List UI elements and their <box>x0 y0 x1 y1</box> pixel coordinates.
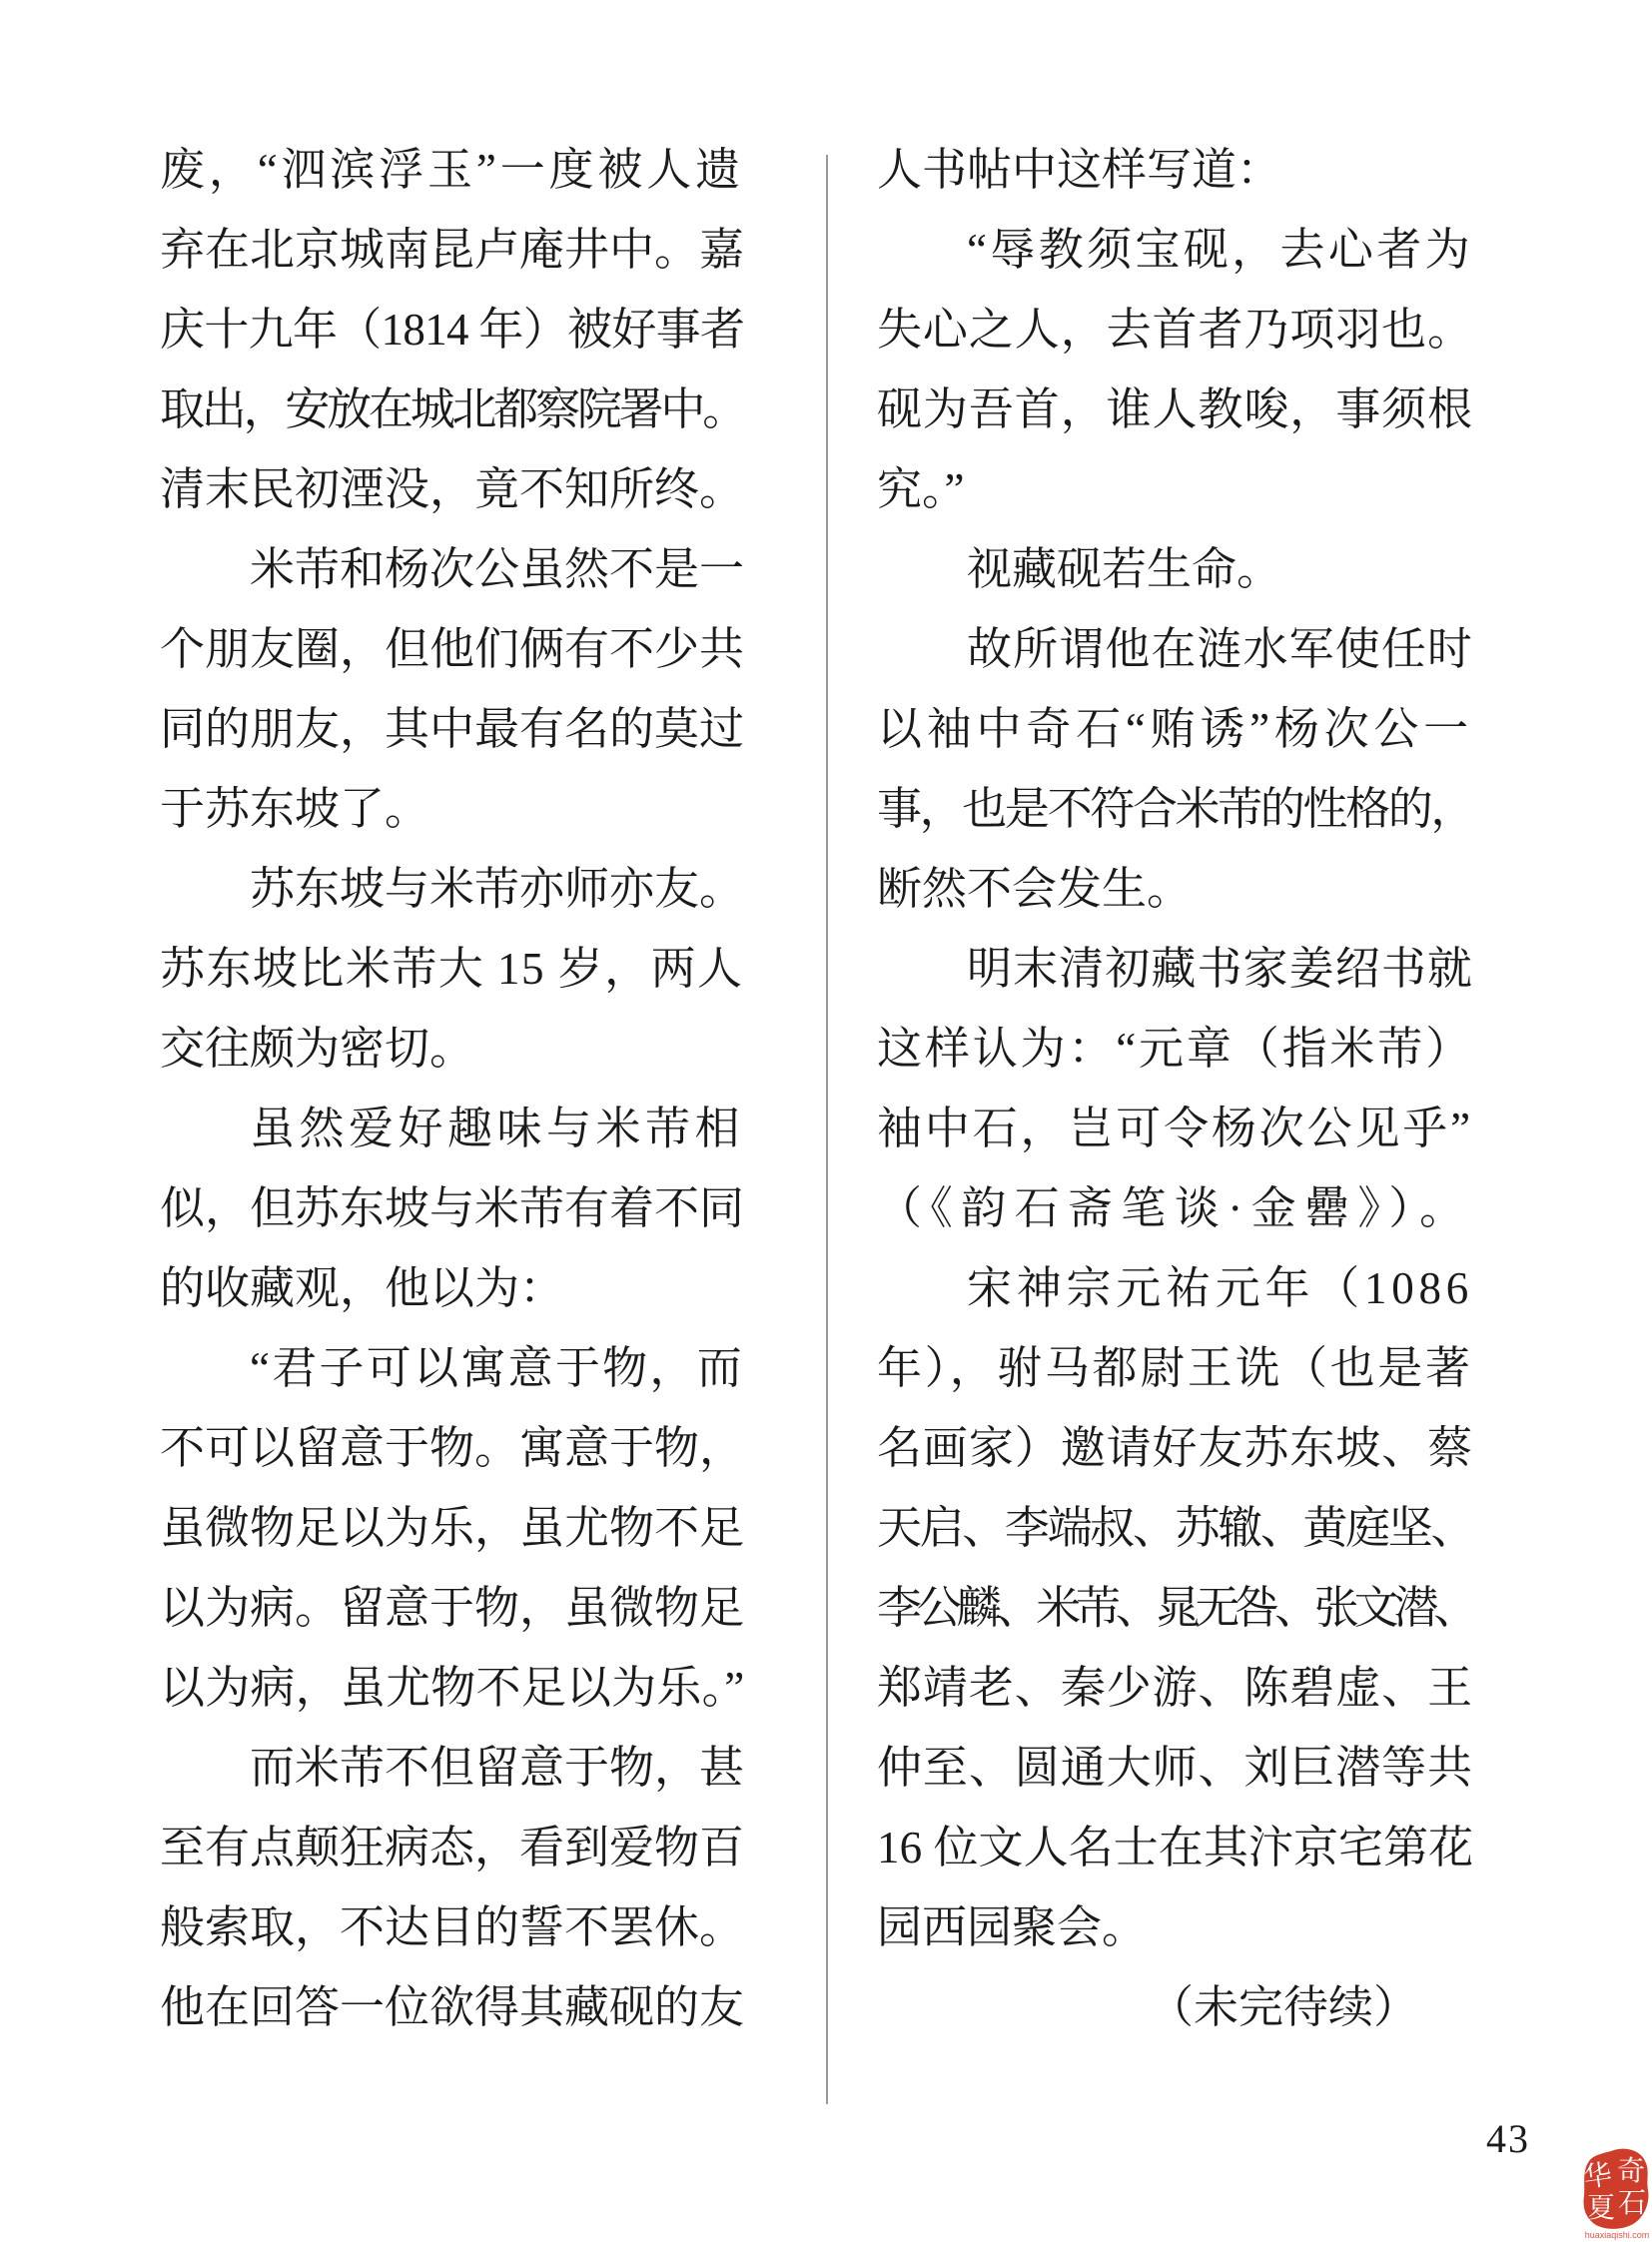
text-line: 清末民初湮没，竟不知所终。 <box>160 449 744 529</box>
text-line: 似，但苏东坡与米芾有着不同 <box>160 1168 744 1248</box>
text-line: 天启、李端叔、苏辙、黄庭坚、 <box>877 1488 1473 1568</box>
text-line: 16 位文人名士在其汴京宅第花 <box>877 1808 1473 1887</box>
publisher-seal: 华 奇 夏 石 huaxiaqishi.com <box>1580 2147 1652 2242</box>
text-line: 以为病，虽尤物不足以为乐。” <box>160 1648 744 1728</box>
text-line: 李公麟、米芾、晁无咎、张文潜、 <box>877 1568 1473 1648</box>
text-column-left: 废，“泗滨浮玉”一度被人遗弃在北京城南昆卢庵井中。嘉庆十九年（1814 年）被好… <box>160 130 744 2047</box>
text-line: （未完待续） <box>877 1967 1473 2047</box>
seal-char-top-left: 华 <box>1582 2158 1614 2194</box>
text-line: 年），驸马都尉王诜（也是著 <box>877 1328 1473 1408</box>
text-line: 视藏砚若生命。 <box>877 529 1473 609</box>
text-line: “君子可以寓意于物，而 <box>160 1328 744 1408</box>
text-line: 人书帖中这样写道： <box>877 130 1473 210</box>
text-line: 取出，安放在城北都察院署中。 <box>160 370 744 449</box>
text-line: 至有点颠狂病态，看到爱物百 <box>160 1808 744 1887</box>
text-line: 虽微物足以为乐，虽尤物不足 <box>160 1488 744 1568</box>
text-line: 名画家）邀请好友苏东坡、蔡 <box>877 1408 1473 1488</box>
text-line: 个朋友圈，但他们俩有不少共 <box>160 609 744 689</box>
text-line: 虽然爱好趣味与米芾相 <box>160 1089 744 1168</box>
text-line: 而米芾不但留意于物，甚 <box>160 1728 744 1808</box>
text-line: 以袖中奇石“贿诱”杨次公一 <box>877 689 1473 769</box>
seal-char-top-right: 奇 <box>1617 2155 1645 2187</box>
text-line: 仲至、圆通大师、刘巨潜等共 <box>877 1728 1473 1808</box>
column-divider <box>826 155 828 2104</box>
text-line: 般索取，不达目的誓不罢休。 <box>160 1887 744 1967</box>
text-line: 砚为吾首，谁人教唆，事须根 <box>877 370 1473 449</box>
text-line: 明末清初藏书家姜绍书就 <box>877 929 1473 1009</box>
text-line: 米芾和杨次公虽然不是一 <box>160 529 744 609</box>
text-line: 袖中石，岂可令杨次公见乎” <box>877 1089 1473 1168</box>
text-line: 断然不会发生。 <box>877 849 1473 929</box>
text-line: 废，“泗滨浮玉”一度被人遗 <box>160 130 744 210</box>
text-line: 不可以留意于物。寓意于物， <box>160 1408 744 1488</box>
seal-char-bottom-left: 夏 <box>1587 2193 1615 2224</box>
text-line: 庆十九年（1814 年）被好事者 <box>160 290 744 370</box>
text-line: 究。” <box>877 449 1473 529</box>
text-line: 事，也是不符合米芾的性格的， <box>877 769 1473 849</box>
text-line: 他在回答一位欲得其藏砚的友 <box>160 1967 744 2047</box>
text-line: 苏东坡与米芾亦师亦友。 <box>160 849 744 929</box>
text-line: 以为病。留意于物，虽微物足 <box>160 1568 744 1648</box>
text-line: 弃在北京城南昆卢庵井中。嘉 <box>160 210 744 290</box>
text-line: 的收藏观，他以为： <box>160 1248 744 1328</box>
text-line: 苏东坡比米芾大 15 岁，两人 <box>160 929 744 1009</box>
text-line: 失心之人，去首者乃项羽也。 <box>877 290 1473 370</box>
seal-site-url: huaxiaqishi.com <box>1585 2230 1650 2240</box>
page-number: 43 <box>1486 2115 1530 2162</box>
magazine-page: 废，“泗滨浮玉”一度被人遗弃在北京城南昆卢庵井中。嘉庆十九年（1814 年）被好… <box>0 0 1652 2242</box>
text-line: 郑靖老、秦少游、陈碧虚、王 <box>877 1648 1473 1728</box>
text-line: （《韵石斋笔谈·金罍》）。 <box>877 1168 1473 1248</box>
text-line: 故所谓他在涟水军使任时 <box>877 609 1473 689</box>
text-line: 于苏东坡了。 <box>160 769 744 849</box>
text-line: 宋神宗元祐元年（1086 <box>877 1248 1473 1328</box>
text-line: 同的朋友，其中最有名的莫过 <box>160 689 744 769</box>
text-line: 园西园聚会。 <box>877 1887 1473 1967</box>
text-line: “辱教须宝砚，去心者为 <box>877 210 1473 290</box>
seal-char-bottom-right: 石 <box>1618 2188 1646 2219</box>
text-column-right: 人书帖中这样写道：“辱教须宝砚，去心者为失心之人，去首者乃项羽也。砚为吾首，谁人… <box>877 130 1473 2047</box>
text-line: 这样认为：“元章（指米芾） <box>877 1009 1473 1089</box>
text-line: 交往颇为密切。 <box>160 1009 744 1089</box>
